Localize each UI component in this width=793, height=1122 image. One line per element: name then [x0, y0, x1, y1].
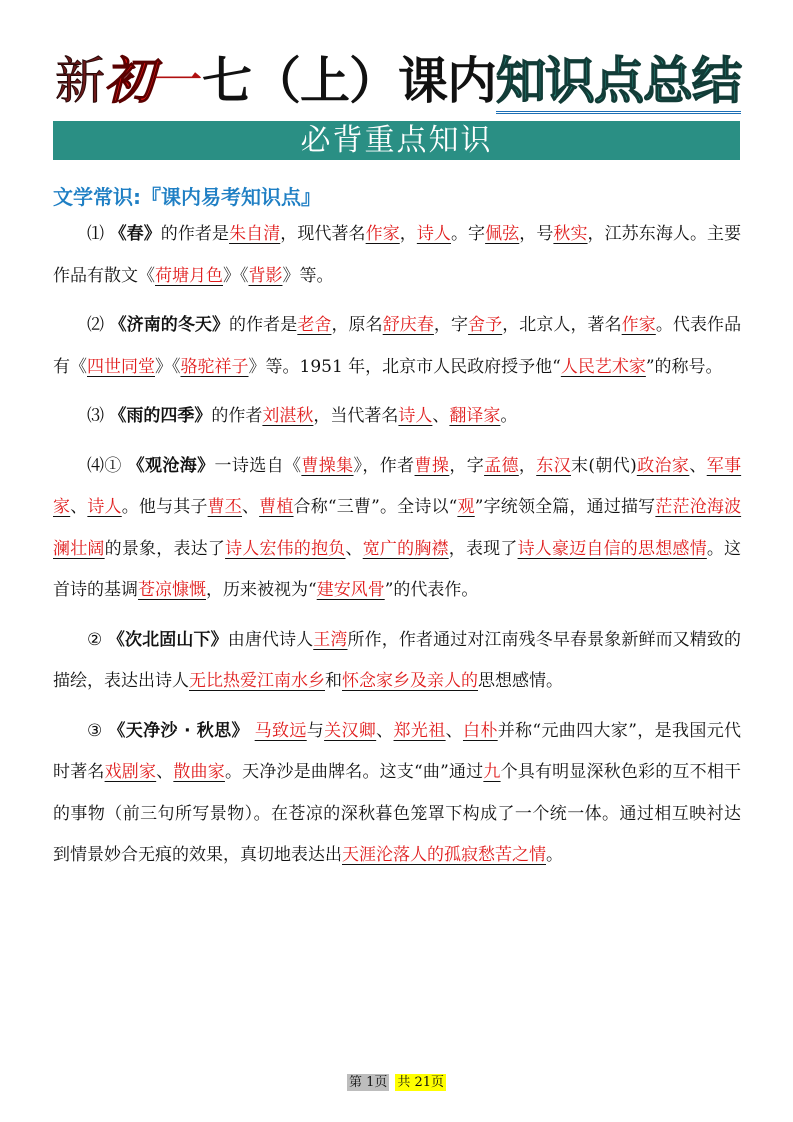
text: ，表现了 — [449, 539, 518, 559]
text: ”字统领全篇，通过描写 — [475, 497, 656, 517]
text: ⑴ — [87, 224, 104, 244]
section-heading: 文学常识:『课内易考知识点』 — [53, 183, 321, 211]
keyword: 背影 — [249, 266, 283, 286]
text: 的作者是 — [229, 315, 297, 335]
work-title: 《雨的四季》 — [109, 406, 211, 426]
keyword: 东汉 — [536, 456, 571, 476]
text: 一诗选自《 — [214, 456, 301, 476]
keyword: 关汉卿 — [324, 721, 376, 741]
work-title: 《春》 — [110, 224, 161, 244]
keyword: 政治家 — [637, 456, 690, 476]
text: 由唐代诗人 — [228, 630, 314, 650]
text: 、 — [376, 721, 393, 741]
page-total: 共 21页 — [395, 1074, 446, 1091]
keyword: 朱自清 — [229, 224, 280, 244]
keyword: 九 — [483, 762, 500, 782]
text: 、 — [242, 497, 259, 517]
keyword: 诗人宏伟的抱负 — [225, 539, 345, 559]
text: 、 — [346, 539, 363, 559]
keyword: 四世同堂 — [87, 357, 155, 377]
text: 与 — [307, 721, 324, 741]
keyword: 天涯沦落人的孤寂愁苦之情 — [342, 845, 546, 865]
paragraph-6: ③ 《天净沙 · 秋思》 马致远与关汉卿、郑光祖、白朴并称“元曲四大家”，是我国… — [53, 711, 741, 877]
text: ③ — [87, 721, 103, 741]
text: 、 — [70, 497, 87, 517]
text: 。 — [500, 406, 517, 426]
keyword: 戏剧家 — [105, 762, 157, 782]
work-title: 《济南的冬天》 — [110, 315, 229, 335]
keyword: 作家 — [366, 224, 400, 244]
keyword: 散曲家 — [173, 762, 225, 782]
page-number: 第 1页 — [347, 1074, 389, 1091]
keyword: 人民艺术家 — [561, 357, 646, 377]
keyword: 荷塘月色 — [155, 266, 223, 286]
paragraph-3: ⑶ 《雨的四季》的作者刘湛秋，当代著名诗人、翻译家。 — [53, 396, 741, 438]
text: 》《 — [223, 266, 249, 286]
keyword: 曹操集 — [301, 456, 353, 476]
text: 》等。1951 年，北京市人民政府授予他“ — [249, 357, 561, 377]
title-part-3: 一 — [153, 52, 202, 110]
text: 、 — [432, 406, 449, 426]
keyword: 王湾 — [313, 630, 347, 650]
text: 。他与其子 — [122, 497, 208, 517]
document-body: ⑴ 《春》的作者是朱自清，现代著名作家，诗人。字佩弦，号秋实，江苏东海人。主要作… — [53, 214, 741, 885]
keyword: 骆驼祥子 — [181, 357, 249, 377]
keyword: 曹丕 — [208, 497, 242, 517]
section-banner: 必背重点知识 — [53, 121, 740, 160]
text: 》，作者 — [354, 456, 415, 476]
work-title: 《天净沙 · 秋思》 — [108, 721, 249, 741]
text: ，现代著名 — [280, 224, 365, 244]
keyword: 曹植 — [259, 497, 293, 517]
text: ，当代著名 — [313, 406, 398, 426]
keyword: 宽广的胸襟 — [363, 539, 449, 559]
text: ，字 — [449, 456, 484, 476]
keyword: 诗人豪迈自信的思想感情 — [518, 539, 707, 559]
paragraph-5: ② 《次北固山下》由唐代诗人王湾所作，作者通过对江南残冬早春景象新鲜而又精致的描… — [53, 620, 741, 703]
text: ， — [400, 224, 417, 244]
keyword: 怀念家乡及亲人的 — [342, 671, 478, 691]
text: 的景象，表达了 — [105, 539, 225, 559]
text: ，北京人，著名 — [502, 315, 621, 335]
text: 的作者是 — [161, 224, 229, 244]
keyword: 白朴 — [463, 721, 498, 741]
keyword: 翻译家 — [449, 406, 500, 426]
text: ，历来被视为“ — [206, 580, 317, 600]
text: ，号 — [519, 224, 553, 244]
text: ⑶ — [87, 406, 104, 426]
text: ，原名 — [331, 315, 382, 335]
text: 思想感情。 — [478, 671, 563, 691]
text: 》等。 — [283, 266, 334, 286]
text: 末(朝代) — [571, 456, 637, 476]
text: 、 — [689, 456, 706, 476]
text: ② — [87, 630, 102, 650]
keyword: 刘湛秋 — [262, 406, 313, 426]
keyword: 佩弦 — [485, 224, 519, 244]
text: 。天净沙是曲牌名。这支“曲”通过 — [225, 762, 483, 782]
text: ”的称号。 — [646, 357, 723, 377]
text: 的作者 — [211, 406, 262, 426]
keyword: 作家 — [622, 315, 656, 335]
text: ⑷① — [87, 456, 122, 476]
text: 和 — [325, 671, 342, 691]
keyword: 诗人 — [417, 224, 451, 244]
keyword: 诗人 — [87, 497, 121, 517]
keyword: 舍予 — [468, 315, 502, 335]
work-title: 《观沧海》 — [128, 456, 215, 476]
keyword: 无比热爱江南水乡 — [189, 671, 325, 691]
text: ⑵ — [87, 315, 104, 335]
paragraph-1: ⑴ 《春》的作者是朱自清，现代著名作家，诗人。字佩弦，号秋实，江苏东海人。主要作… — [53, 214, 741, 297]
text: 》《 — [155, 357, 181, 377]
page-title: 新初一七（上）课内知识点总结 — [55, 48, 745, 114]
keyword: 马致远 — [255, 721, 307, 741]
keyword: 曹操 — [415, 456, 450, 476]
title-part-2: 初 — [104, 52, 153, 110]
paragraph-2: ⑵ 《济南的冬天》的作者是老舍，原名舒庆春，字舍予，北京人，著名作家。代表作品有… — [53, 305, 741, 388]
text: 合称“三曹”。全诗以“ — [294, 497, 458, 517]
keyword: 舒庆春 — [383, 315, 434, 335]
text: ”的代表作。 — [385, 580, 479, 600]
text: ，字 — [434, 315, 468, 335]
keyword: 郑光祖 — [394, 721, 446, 741]
keyword: 苍凉慷慨 — [138, 580, 206, 600]
keyword: 建安风骨 — [317, 580, 385, 600]
keyword: 孟德 — [484, 456, 519, 476]
title-part-4: 七（上）课内 — [202, 52, 496, 110]
text: 、 — [446, 721, 463, 741]
text: 。字 — [451, 224, 485, 244]
keyword: 秋实 — [553, 224, 587, 244]
keyword: 诗人 — [398, 406, 432, 426]
text: 。 — [546, 845, 563, 865]
text: 、 — [156, 762, 173, 782]
title-part-5: 知识点总结 — [496, 52, 741, 114]
page-footer: 第 1页共 21页 — [0, 1074, 793, 1092]
keyword: 老舍 — [297, 315, 331, 335]
keyword: 观 — [457, 497, 474, 517]
text: ， — [519, 456, 536, 476]
title-part-1: 新 — [55, 52, 104, 110]
paragraph-4: ⑷① 《观沧海》一诗选自《曹操集》，作者曹操，字孟德，东汉末(朝代)政治家、军事… — [53, 446, 741, 612]
work-title: 《次北固山下》 — [108, 630, 228, 650]
